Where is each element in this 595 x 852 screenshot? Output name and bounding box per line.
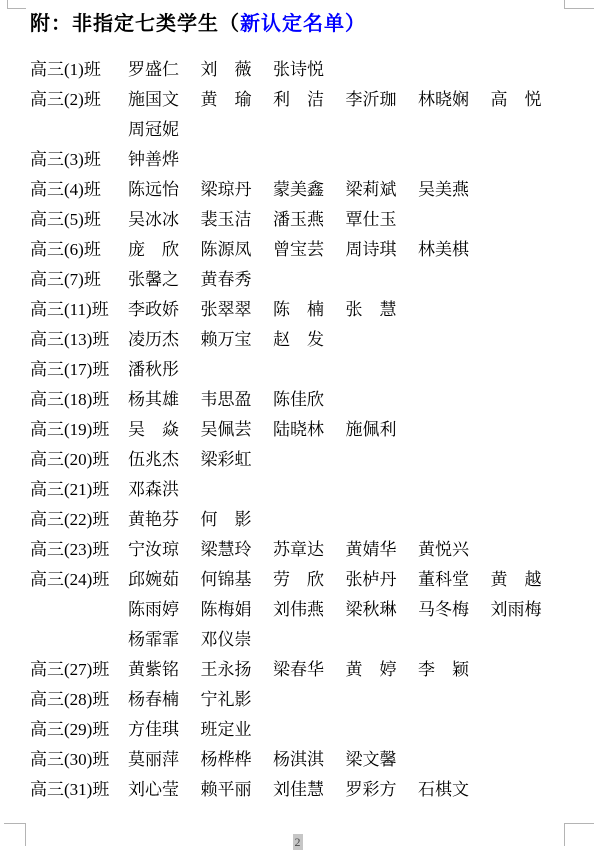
class-label: 高三(29)班	[30, 715, 128, 740]
student-name: 罗彩方	[346, 775, 419, 800]
student-name: 施佩利	[346, 415, 419, 440]
class-label: 高三(28)班	[30, 685, 128, 710]
student-row: 高三(22)班黄艳芬何 影	[30, 502, 585, 532]
student-name: 罗盛仁	[128, 55, 201, 80]
student-name: 赖万宝	[201, 325, 274, 350]
student-name: 黄艳芬	[128, 505, 201, 530]
student-name: 刘雨梅	[491, 595, 564, 620]
student-row: 高三(21)班邓森洪	[30, 472, 585, 502]
student-row: 高三(7)班张馨之黄春秀	[30, 262, 585, 292]
student-name: 覃仕玉	[346, 205, 419, 230]
student-name: 周诗琪	[346, 235, 419, 260]
student-name: 蒙美鑫	[273, 175, 346, 200]
student-row: 高三(6)班庞 欣陈源凤曾宝芸周诗琪林美棋	[30, 232, 585, 262]
student-name: 梁春华	[273, 655, 346, 680]
student-name: 高 悦	[491, 85, 564, 110]
class-label: 高三(23)班	[30, 535, 128, 560]
student-name: 梁慧玲	[201, 535, 274, 560]
student-name: 陈佳欣	[273, 385, 346, 410]
student-name: 杨淇淇	[273, 745, 346, 770]
student-row: 高三(29)班方佳琪班定业	[30, 712, 585, 742]
class-label: 高三(1)班	[30, 55, 128, 80]
student-name: 陈梅娟	[201, 595, 274, 620]
student-row: 高三(11)班李政娇张翠翠陈 楠张 慧	[30, 292, 585, 322]
student-name: 周冠妮	[128, 115, 201, 140]
student-name: 伍兆杰	[128, 445, 201, 470]
student-name: 梁秋琳	[346, 595, 419, 620]
student-name: 刘心莹	[128, 775, 201, 800]
student-name: 劳 欣	[273, 565, 346, 590]
student-name: 韦思盈	[201, 385, 274, 410]
student-name: 黄 瑜	[201, 85, 274, 110]
student-row: 高三(3)班钟善烨	[30, 142, 585, 172]
class-label: 高三(4)班	[30, 175, 128, 200]
student-row: 高三(1)班罗盛仁刘 薇张诗悦	[30, 52, 585, 82]
student-row: 高三(27)班黄紫铭王永扬梁春华黄 婷李 颖	[30, 652, 585, 682]
text-boundary-mark-top-left	[7, 0, 26, 9]
student-name: 梁琼丹	[201, 175, 274, 200]
student-name: 陈源凤	[201, 235, 274, 260]
student-name: 黄 越	[491, 565, 564, 590]
student-name: 张诗悦	[273, 55, 346, 80]
student-row: 高三(5)班吴冰冰裴玉洁潘玉燕覃仕玉	[30, 202, 585, 232]
student-name: 张馨之	[128, 265, 201, 290]
student-row: 高三(28)班杨春楠宁礼影	[30, 682, 585, 712]
student-name: 邓仪崇	[201, 625, 274, 650]
student-name: 方佳琪	[128, 715, 201, 740]
student-row: 高三(31)班刘心莹赖平丽刘佳慧罗彩方石棋文	[30, 772, 585, 802]
student-name: 石棋文	[418, 775, 491, 800]
student-name: 刘 薇	[201, 55, 274, 80]
page-number-field: 2	[293, 834, 303, 850]
class-label: 高三(3)班	[30, 145, 128, 170]
student-name: 邱婉茹	[128, 565, 201, 590]
student-name: 杨桦桦	[201, 745, 274, 770]
student-name: 杨其雄	[128, 385, 201, 410]
student-name: 黄婧华	[346, 535, 419, 560]
student-name: 邓森洪	[128, 475, 201, 500]
student-name: 马冬梅	[418, 595, 491, 620]
student-name: 何锦基	[201, 565, 274, 590]
document-page: 附：非指定七类学生（新认定名单） 高三(1)班罗盛仁刘 薇张诗悦高三(2)班施国…	[0, 0, 595, 852]
student-name: 张 慧	[346, 295, 419, 320]
page-title: 附：非指定七类学生（新认定名单）	[30, 7, 366, 36]
student-name: 林美棋	[418, 235, 491, 260]
class-label: 高三(22)班	[30, 505, 128, 530]
class-label: 高三(19)班	[30, 415, 128, 440]
student-name: 赖平丽	[201, 775, 274, 800]
student-name: 曾宝芸	[273, 235, 346, 260]
student-name: 黄紫铭	[128, 655, 201, 680]
student-name: 杨霏霏	[128, 625, 201, 650]
student-row: 陈雨婷陈梅娟刘伟燕梁秋琳马冬梅刘雨梅	[30, 592, 585, 622]
student-name: 吴美燕	[418, 175, 491, 200]
class-label: 高三(18)班	[30, 385, 128, 410]
student-row: 高三(17)班潘秋彤	[30, 352, 585, 382]
student-name: 梁文馨	[346, 745, 419, 770]
class-label: 高三(31)班	[30, 775, 128, 800]
student-name: 莫丽萍	[128, 745, 201, 770]
student-name: 董科堂	[418, 565, 491, 590]
student-name: 施国文	[128, 85, 201, 110]
class-label: 高三(13)班	[30, 325, 128, 350]
student-name: 王永扬	[201, 655, 274, 680]
student-name: 林晓娴	[418, 85, 491, 110]
page-title-black-text: 附：非指定七类学生（	[30, 13, 240, 35]
class-label: 高三(11)班	[30, 295, 128, 320]
student-name: 张栌丹	[346, 565, 419, 590]
student-name: 李政娇	[128, 295, 201, 320]
class-label: 高三(6)班	[30, 235, 128, 260]
student-name: 李沂珈	[346, 85, 419, 110]
class-label: 高三(20)班	[30, 445, 128, 470]
student-row: 高三(24)班邱婉茹何锦基劳 欣张栌丹董科堂黄 越	[30, 562, 585, 592]
page-title-highlight-text: 新认定名单）	[240, 13, 366, 35]
student-row: 高三(20)班伍兆杰梁彩虹	[30, 442, 585, 472]
student-name: 梁彩虹	[201, 445, 274, 470]
student-name: 潘玉燕	[273, 205, 346, 230]
class-label: 高三(27)班	[30, 655, 128, 680]
page-footer: 2	[0, 833, 595, 851]
student-name: 宁礼影	[201, 685, 274, 710]
student-name: 张翠翠	[201, 295, 274, 320]
student-name: 黄 婷	[346, 655, 419, 680]
class-label: 高三(24)班	[30, 565, 128, 590]
student-name: 裴玉洁	[201, 205, 274, 230]
student-name: 利 洁	[273, 85, 346, 110]
student-name: 陆晓林	[273, 415, 346, 440]
student-row: 高三(2)班施国文黄 瑜利 洁李沂珈林晓娴高 悦	[30, 82, 585, 112]
student-name: 黄悦兴	[418, 535, 491, 560]
class-label: 高三(5)班	[30, 205, 128, 230]
student-name: 黄春秀	[201, 265, 274, 290]
student-row: 高三(30)班莫丽萍杨桦桦杨淇淇梁文馨	[30, 742, 585, 772]
student-name: 潘秋彤	[128, 355, 201, 380]
student-row: 杨霏霏邓仪崇	[30, 622, 585, 652]
student-name: 吴冰冰	[128, 205, 201, 230]
student-name: 杨春楠	[128, 685, 201, 710]
student-name: 庞 欣	[128, 235, 201, 260]
student-name: 陈 楠	[273, 295, 346, 320]
student-name: 刘佳慧	[273, 775, 346, 800]
student-name: 赵 发	[273, 325, 346, 350]
student-list: 高三(1)班罗盛仁刘 薇张诗悦高三(2)班施国文黄 瑜利 洁李沂珈林晓娴高 悦周…	[30, 52, 585, 802]
class-label: 高三(30)班	[30, 745, 128, 770]
student-name: 陈远怡	[128, 175, 201, 200]
student-row: 高三(13)班凌历杰赖万宝赵 发	[30, 322, 585, 352]
student-name: 钟善烨	[128, 145, 201, 170]
class-label: 高三(17)班	[30, 355, 128, 380]
student-name: 何 影	[201, 505, 274, 530]
class-label: 高三(2)班	[30, 85, 128, 110]
student-row: 高三(19)班吴 焱吴佩芸陆晓林施佩利	[30, 412, 585, 442]
student-name: 苏章达	[273, 535, 346, 560]
student-name: 梁莉斌	[346, 175, 419, 200]
student-name: 班定业	[201, 715, 274, 740]
student-row: 高三(23)班宁汝琼梁慧玲苏章达黄婧华黄悦兴	[30, 532, 585, 562]
student-name: 吴佩芸	[201, 415, 274, 440]
student-name: 刘伟燕	[273, 595, 346, 620]
class-label: 高三(21)班	[30, 475, 128, 500]
student-row: 高三(4)班陈远怡梁琼丹蒙美鑫梁莉斌吴美燕	[30, 172, 585, 202]
student-name: 宁汝琼	[128, 535, 201, 560]
student-name: 陈雨婷	[128, 595, 201, 620]
student-row: 高三(18)班杨其雄韦思盈陈佳欣	[30, 382, 585, 412]
student-name: 吴 焱	[128, 415, 201, 440]
class-label: 高三(7)班	[30, 265, 128, 290]
student-row: 周冠妮	[30, 112, 585, 142]
text-boundary-mark-top-right	[564, 0, 594, 9]
student-name: 李 颖	[418, 655, 491, 680]
student-name: 凌历杰	[128, 325, 201, 350]
